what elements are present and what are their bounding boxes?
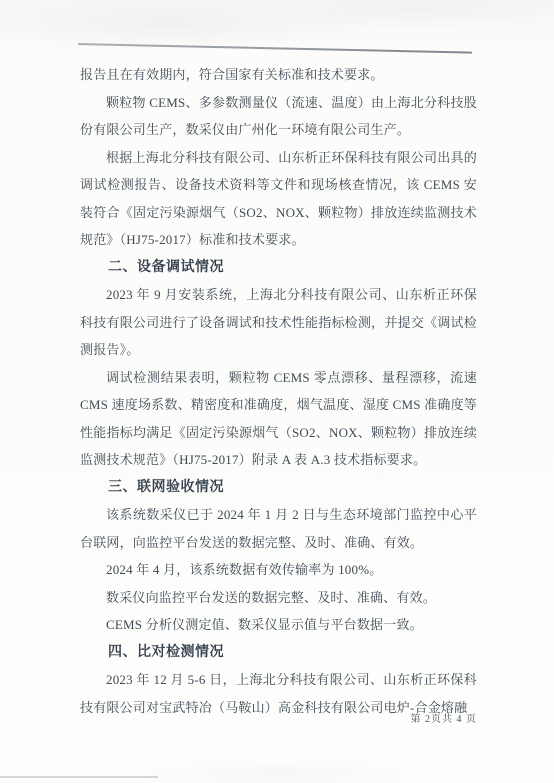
paragraph-installation-compliance: 根据上海北分科技有限公司、山东析正环保科技有限公司出具的调试检测报告、设备技术资…: [80, 144, 477, 254]
top-rule-line: [78, 43, 472, 53]
paragraph-data-consistency: CEMS 分析仪测定值、数采仪显示值与平台数据一致。: [80, 611, 477, 639]
section-heading-comparison-testing: 四、比对检测情况: [80, 639, 477, 667]
scanned-report-page: 报告且在有效期内，符合国家有关标准和技术要求。 颗粒物 CEMS、多参数测量仪（…: [0, 0, 554, 783]
paragraph-transmission-rate: 2024 年 4 月，该系统数据有效传输率为 100%。: [80, 556, 477, 584]
page-number: 第 2页共 4 页: [411, 710, 478, 725]
paragraph-debugging-submission: 2023 年 9 月安装系统，上海北分科技有限公司、山东析正环保科技有限公司进行…: [80, 281, 477, 364]
section-heading-network-acceptance: 三、联网验收情况: [80, 474, 477, 502]
report-body: 报告且在有效期内，符合国家有关标准和技术要求。 颗粒物 CEMS、多参数测量仪（…: [80, 61, 477, 721]
paragraph-data-validity: 数采仪向监控平台发送的数据完整、及时、准确、有效。: [80, 584, 477, 612]
continuation-paragraph: 报告且在有效期内，符合国家有关标准和技术要求。: [80, 61, 477, 89]
paragraph-debugging-results: 调试检测结果表明，颗粒物 CEMS 零点漂移、量程漂移，流速 CMS 速度场系数…: [80, 364, 477, 474]
paragraph-network-connection: 该系统数采仪已于 2024 年 1 月 2 日与生态环境部门监控中心平台联网，向…: [80, 501, 477, 556]
paragraph-manufacturers: 颗粒物 CEMS、多参数测量仪（流速、温度）由上海北分科技股份有限公司生产，数采…: [80, 89, 477, 144]
scan-artifact-smudge: [0, 776, 158, 778]
section-heading-equipment-debugging: 二、设备调试情况: [80, 254, 477, 282]
